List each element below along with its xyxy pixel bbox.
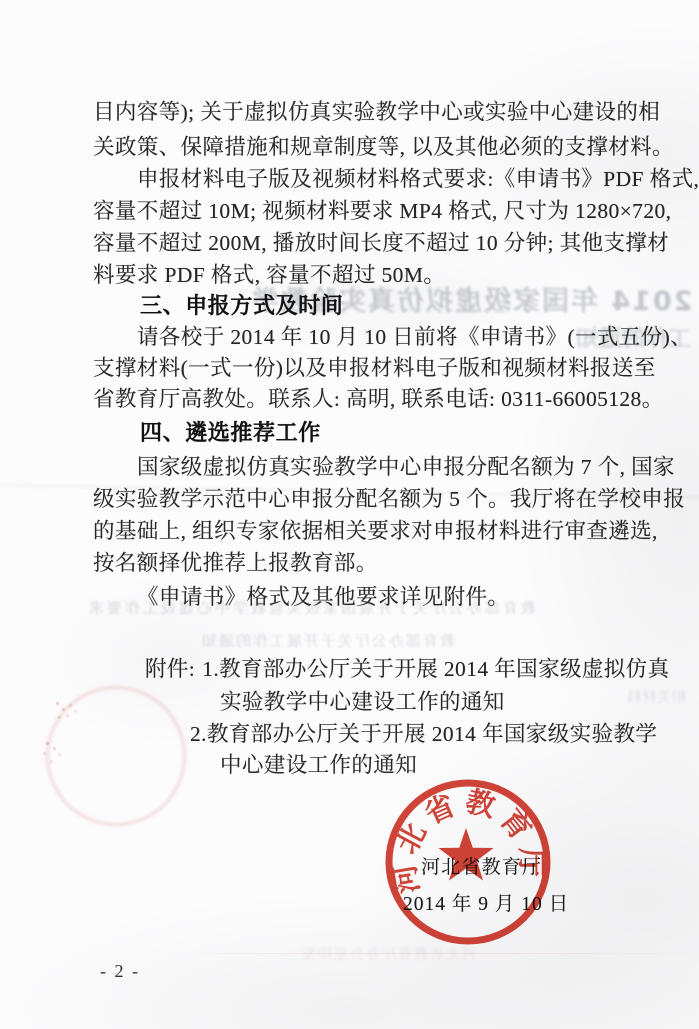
- stamp-bleed-circle: [46, 686, 186, 826]
- body-line: 容量不超过 10M; 视频材料要求 MP4 格式, 尺寸为 1280×720,: [93, 194, 671, 225]
- body-line: 料要求 PDF 格式, 容量不超过 50M。: [93, 258, 445, 289]
- seal-star-icon: [438, 828, 493, 881]
- stamp-bleed-speckles: [46, 742, 49, 745]
- official-seal: 河北省教育厅: [378, 772, 558, 952]
- bleedthrough-ghost-text: 教育部办公厅关于开展工作的通知: [200, 630, 455, 651]
- body-line: 的基础上, 组织专家依据相关要求对申报材料进行审查遴选,: [93, 514, 658, 545]
- page-number: - 2 -: [100, 961, 140, 982]
- attachments-label: 附件:: [145, 657, 195, 681]
- scanned-document-page: 2014 年国家级虚拟仿真实验教学 工作的通知 教育部办公厅关于开展国家级实验教…: [0, 0, 699, 1029]
- body-line: 关政策、保障措施和规章制度等, 以及其他必须的支撑材料。: [93, 130, 674, 161]
- section-heading-3: 三、申报方式及时间: [140, 289, 343, 320]
- stamp-bleed-speckles: [56, 702, 59, 705]
- attachment-item-2: 2.教育部办公厅关于开展 2014 年国家级实验教学: [190, 717, 657, 748]
- body-line: 省教育厅高教处。联系人: 高明, 联系电话: 0311-66005128。: [93, 382, 664, 413]
- body-line: 按名额择优推荐上报教育部。: [93, 546, 378, 577]
- attachment-1-text: 1.教育部办公厅关于开展 2014 年国家级虚拟仿真: [202, 657, 669, 681]
- body-line: 目内容等); 关于虚拟仿真实验教学中心或实验中心建设的相: [93, 95, 660, 126]
- body-line: 国家级虚拟仿真实验教学中心申报分配名额为 7 个, 国家: [137, 450, 675, 481]
- attachment-1-text-wrap: 实验教学中心建设工作的通知: [220, 685, 505, 716]
- body-line: 申报材料电子版及视频材料格式要求:《申请书》PDF 格式,: [137, 162, 699, 193]
- body-line: 支撑材料(一式一份)以及申报材料电子版和视频材料报送至: [93, 351, 656, 382]
- section-heading-4: 四、遴选推荐工作: [140, 416, 321, 447]
- attachment-item-1: 附件:1.教育部办公厅关于开展 2014 年国家级虚拟仿真: [145, 652, 669, 683]
- body-line: 请各校于 2014 年 10 月 10 日前将《申请书》(一式五份)、: [137, 320, 692, 351]
- body-line: 容量不超过 200M, 播放时间长度不超过 10 分钟; 其他支撑材: [93, 226, 669, 257]
- body-line: 级实验教学示范中心申报分配名额为 5 个。我厅将在学校申报: [93, 482, 685, 513]
- bleedthrough-ghost-text: 相关材料: [627, 686, 687, 707]
- body-line: 《申请书》格式及其他要求详见附件。: [137, 580, 509, 611]
